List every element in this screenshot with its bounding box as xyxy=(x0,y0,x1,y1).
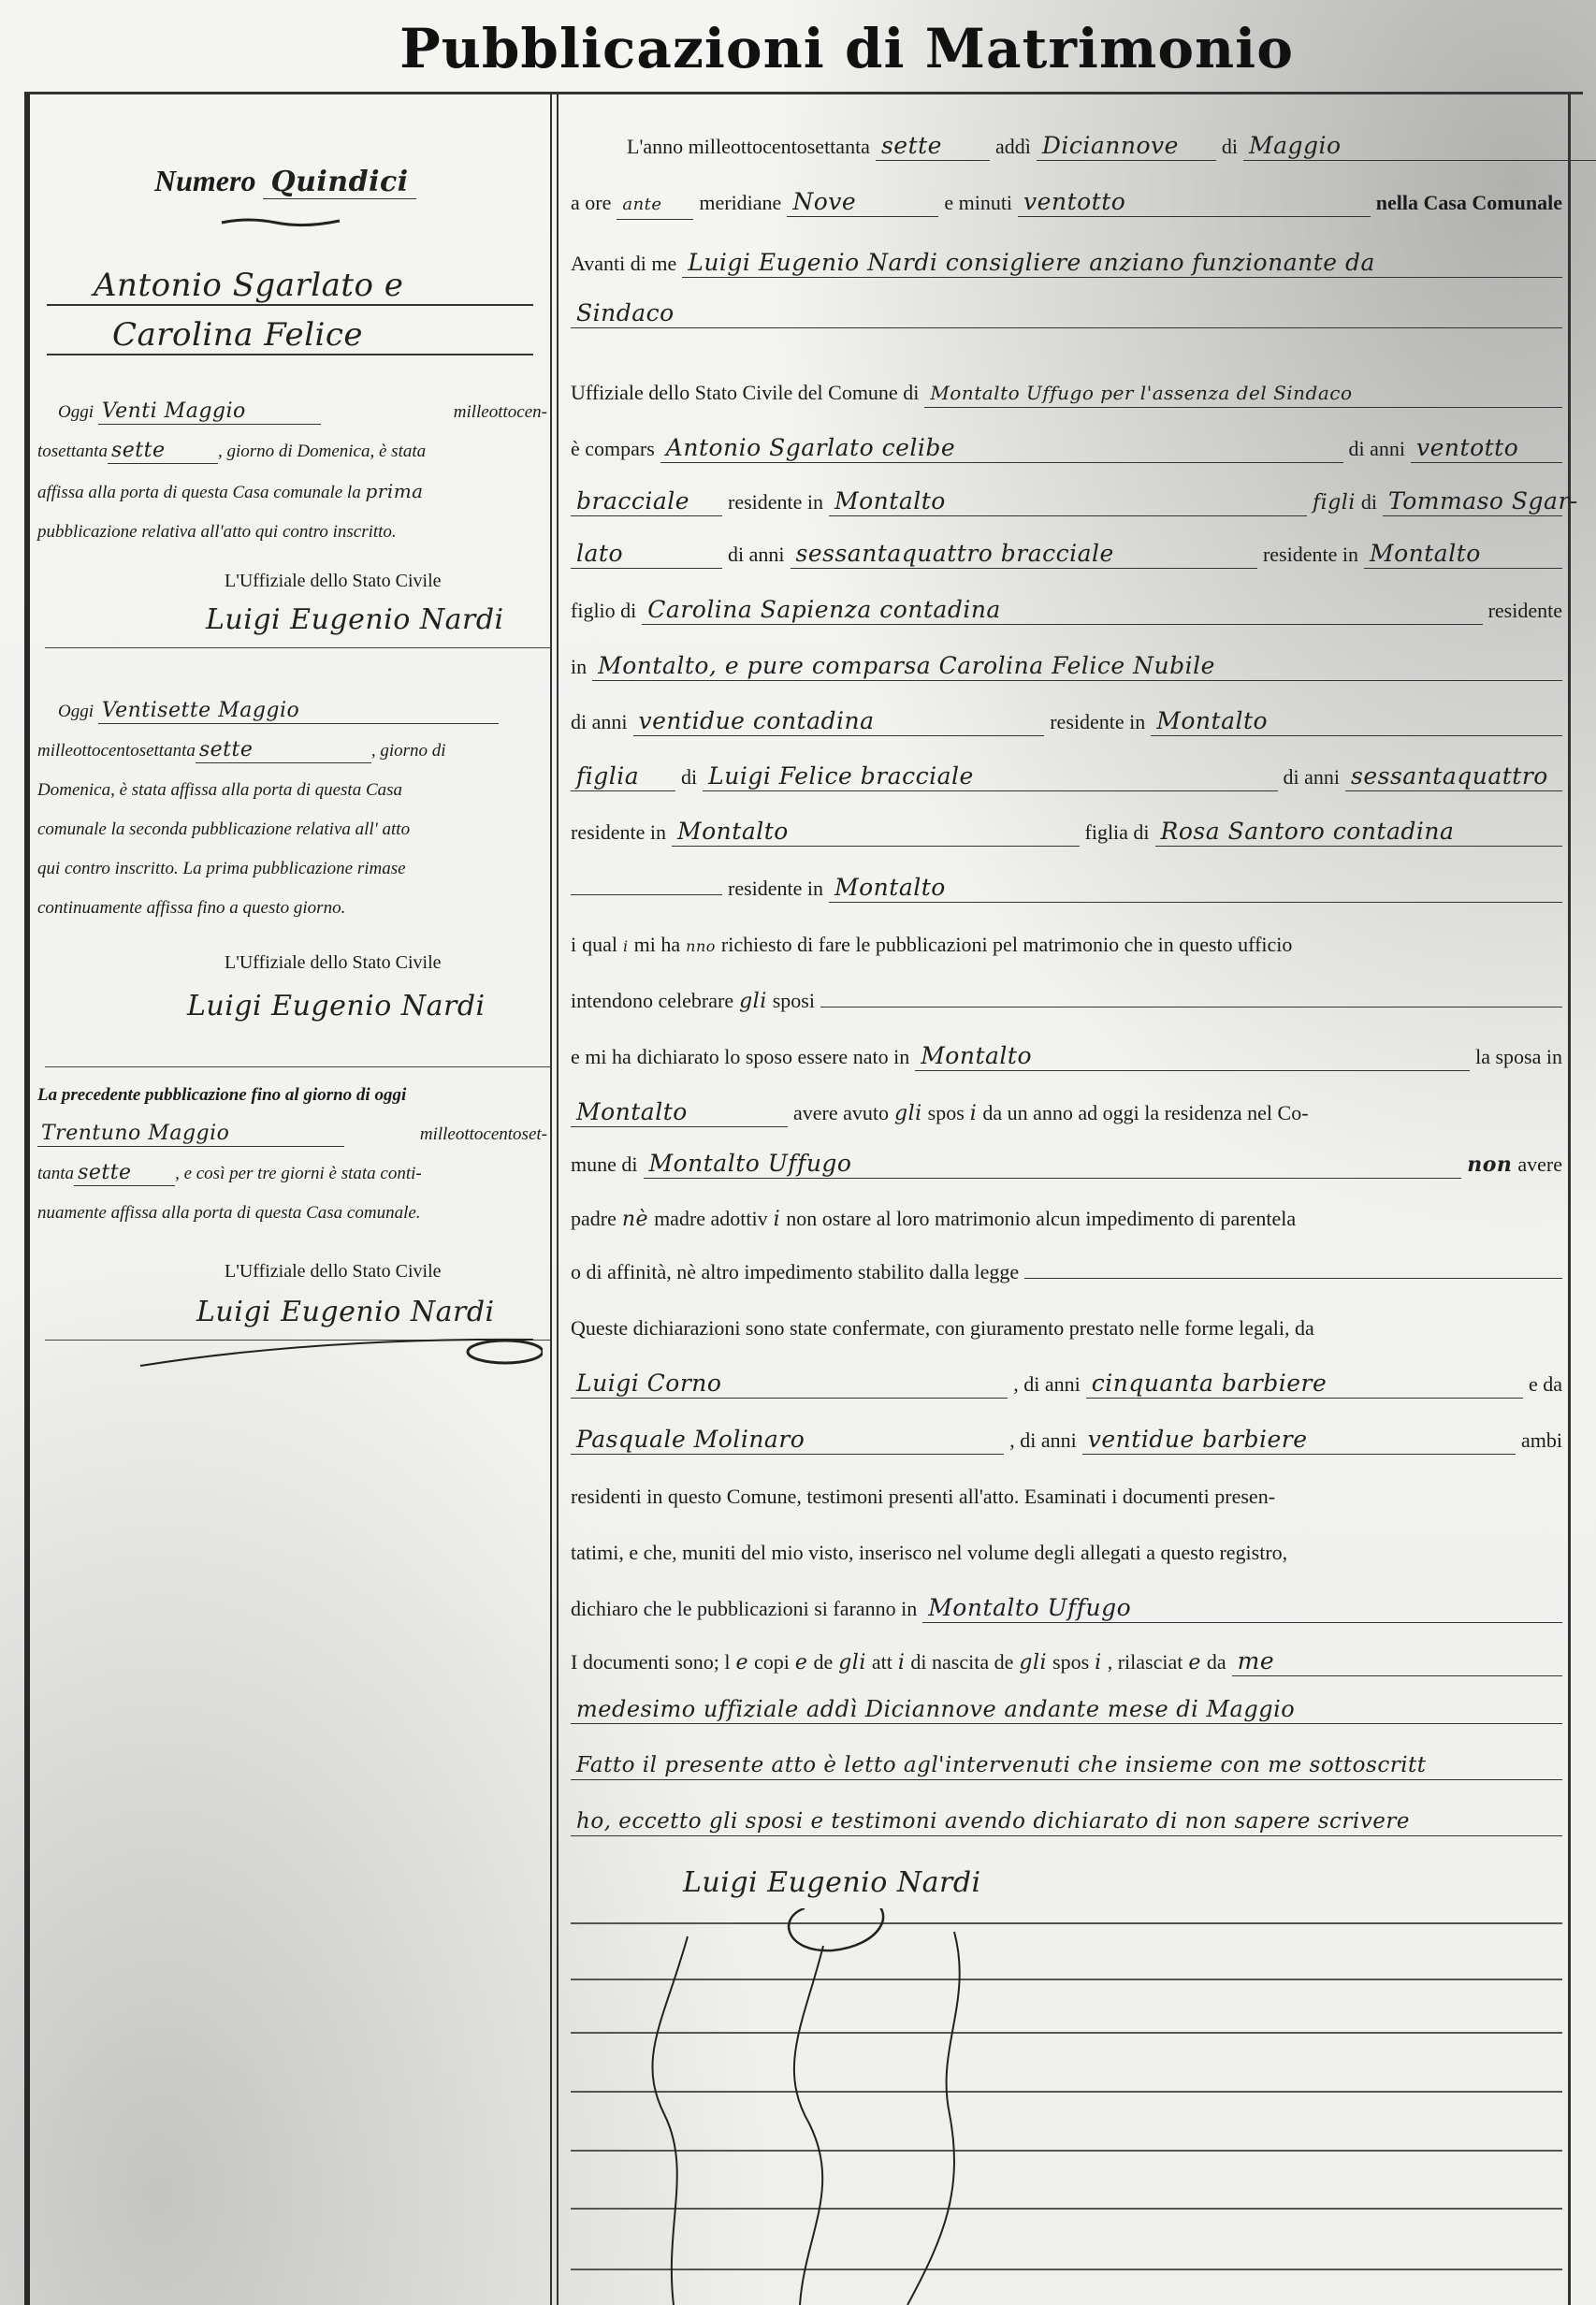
row-groom: è compars Antonio Sgarlato celibe di ann… xyxy=(571,426,1562,472)
row-bride-5: residente in Montalto xyxy=(571,865,1562,912)
row-bride-3: figlia di Luigi Felice bracciale di anni… xyxy=(571,754,1562,801)
final-signature: Luigi Eugenio Nardi xyxy=(571,1860,1596,1906)
final-publication-note: La precedente pubblicazione fino al gior… xyxy=(37,1076,547,1233)
groom-age-fill: ventotto xyxy=(1411,434,1562,463)
first-pub-year: sette xyxy=(108,439,218,464)
signature-flourish-icon xyxy=(131,1319,543,1375)
flourish-icon xyxy=(220,215,341,228)
groom-name-fill: Antonio Sgarlato celibe xyxy=(660,434,1343,463)
row-witness-1: Luigi Corno , di anni cinquanta barbiere… xyxy=(571,1361,1562,1408)
witness-2-name: Pasquale Molinaro xyxy=(571,1426,1004,1455)
row-document-list: I documenti sono; le copie degli atti di… xyxy=(571,1639,1562,1686)
comune-fill: Montalto Uffugo per l'assenza del Sindac… xyxy=(924,379,1562,408)
final-note-year: sette xyxy=(74,1161,175,1186)
separator xyxy=(45,647,550,648)
officer-label-3: L'Uffiziale dello Stato Civile xyxy=(225,1261,442,1283)
row-residence: Montalto avere avutogli sposi da un anno… xyxy=(571,1090,1562,1137)
first-publication: Oggi Venti Maggio milleottocen- tosettan… xyxy=(37,393,547,552)
hour-fill: Nove xyxy=(787,188,938,217)
row-bride: in Montalto, e pure comparsa Carolina Fe… xyxy=(571,644,1562,690)
row-comune-residence: mune di Montalto Uffugo non avere xyxy=(571,1141,1562,1188)
row-comune: Uffiziale dello Stato Civile del Comune … xyxy=(571,370,1562,416)
year-fill: sette xyxy=(876,132,990,161)
row-officiant: Avanti di me Luigi Eugenio Nardi consigl… xyxy=(571,240,1562,287)
final-note-date: Trentuno Maggio xyxy=(37,1122,344,1147)
names-line-2: Carolina Felice xyxy=(47,316,533,355)
void-strokes-icon xyxy=(561,1908,1572,2305)
names-line-1: Antonio Sgarlato e xyxy=(47,267,533,306)
second-pub-date: Ventisette Maggio xyxy=(98,699,499,724)
registry-number-value: Quindici xyxy=(263,166,415,199)
row-documents: tatimi, e che, muniti del mio visto, ins… xyxy=(571,1529,1562,1576)
row-groom-2: bracciale residente in Montalto figli di… xyxy=(571,479,1562,526)
row-date: L'anno milleottocentosettanta sette addì… xyxy=(571,123,1596,170)
signature-1: Luigi Eugenio Nardi xyxy=(206,603,504,636)
row-request: i quali mi hanno richiesto di fare le pu… xyxy=(571,921,1562,968)
second-pub-year: sette xyxy=(196,738,371,763)
witness-1-name: Luigi Corno xyxy=(571,1370,1008,1399)
document-title: Pubblicazioni di Matrimonio xyxy=(309,17,1385,80)
row-publication-place: dichiaro che le pubblicazioni si faranno… xyxy=(571,1586,1562,1632)
column-divider xyxy=(550,94,559,2305)
first-pub-date: Venti Maggio xyxy=(98,399,321,425)
row-intend: intendono celebraregli sposi xyxy=(571,978,1562,1024)
row-time: a ore ante meridiane Nove e minuti vento… xyxy=(571,180,1562,226)
officer-label-2: L'Uffiziale dello Stato Civile xyxy=(225,952,442,974)
row-residents: residenti in questo Comune, testimoni pr… xyxy=(571,1473,1562,1520)
row-bride-4: residente in Montalto figlia di Rosa San… xyxy=(571,809,1562,856)
signature-2: Luigi Eugenio Nardi xyxy=(187,990,486,1022)
registry-number: Numero Quindici xyxy=(154,164,416,198)
row-officiant-cont: Sindaco xyxy=(571,299,1562,346)
registry-number-label: Numero xyxy=(154,164,255,197)
row-impediment: o di affinità, nè altro impedimento stab… xyxy=(571,1249,1562,1296)
month-fill: Maggio xyxy=(1243,132,1596,161)
minutes-fill: ventotto xyxy=(1018,188,1371,217)
day-fill: Diciannove xyxy=(1037,132,1216,161)
officer-label-1: L'Uffiziale dello Stato Civile xyxy=(225,571,442,592)
row-adoptive: padrenè madre adottivi non ostare al lor… xyxy=(571,1196,1562,1242)
row-handwritten-1: medesimo uffiziale addì Diciannove andan… xyxy=(571,1695,1562,1742)
row-witness-2: Pasquale Molinaro , di anni ventidue bar… xyxy=(571,1417,1562,1464)
row-declarations: Queste dichiarazioni sono state conferma… xyxy=(571,1305,1562,1352)
officiant-fill: Luigi Eugenio Nardi consigliere anziano … xyxy=(682,249,1562,278)
first-pub-ordinal: prima xyxy=(365,480,423,502)
row-handwritten-3: ho, eccetto gli sposi e testimoni avendo… xyxy=(571,1807,1562,1854)
row-birthplace: e mi ha dichiarato lo sposo essere nato … xyxy=(571,1034,1562,1080)
second-publication: Oggi Ventisette Maggio milleottocentoset… xyxy=(37,692,547,928)
separator xyxy=(45,1066,550,1067)
row-bride-2: di anni ventidue contadina residente in … xyxy=(571,699,1562,746)
row-groom-4: figlio di Carolina Sapienza contadina re… xyxy=(571,587,1562,634)
row-handwritten-2: Fatto il presente atto è letto agl'inter… xyxy=(571,1751,1562,1798)
row-groom-3: lato di anni sessantaquattro bracciale r… xyxy=(571,531,1562,578)
